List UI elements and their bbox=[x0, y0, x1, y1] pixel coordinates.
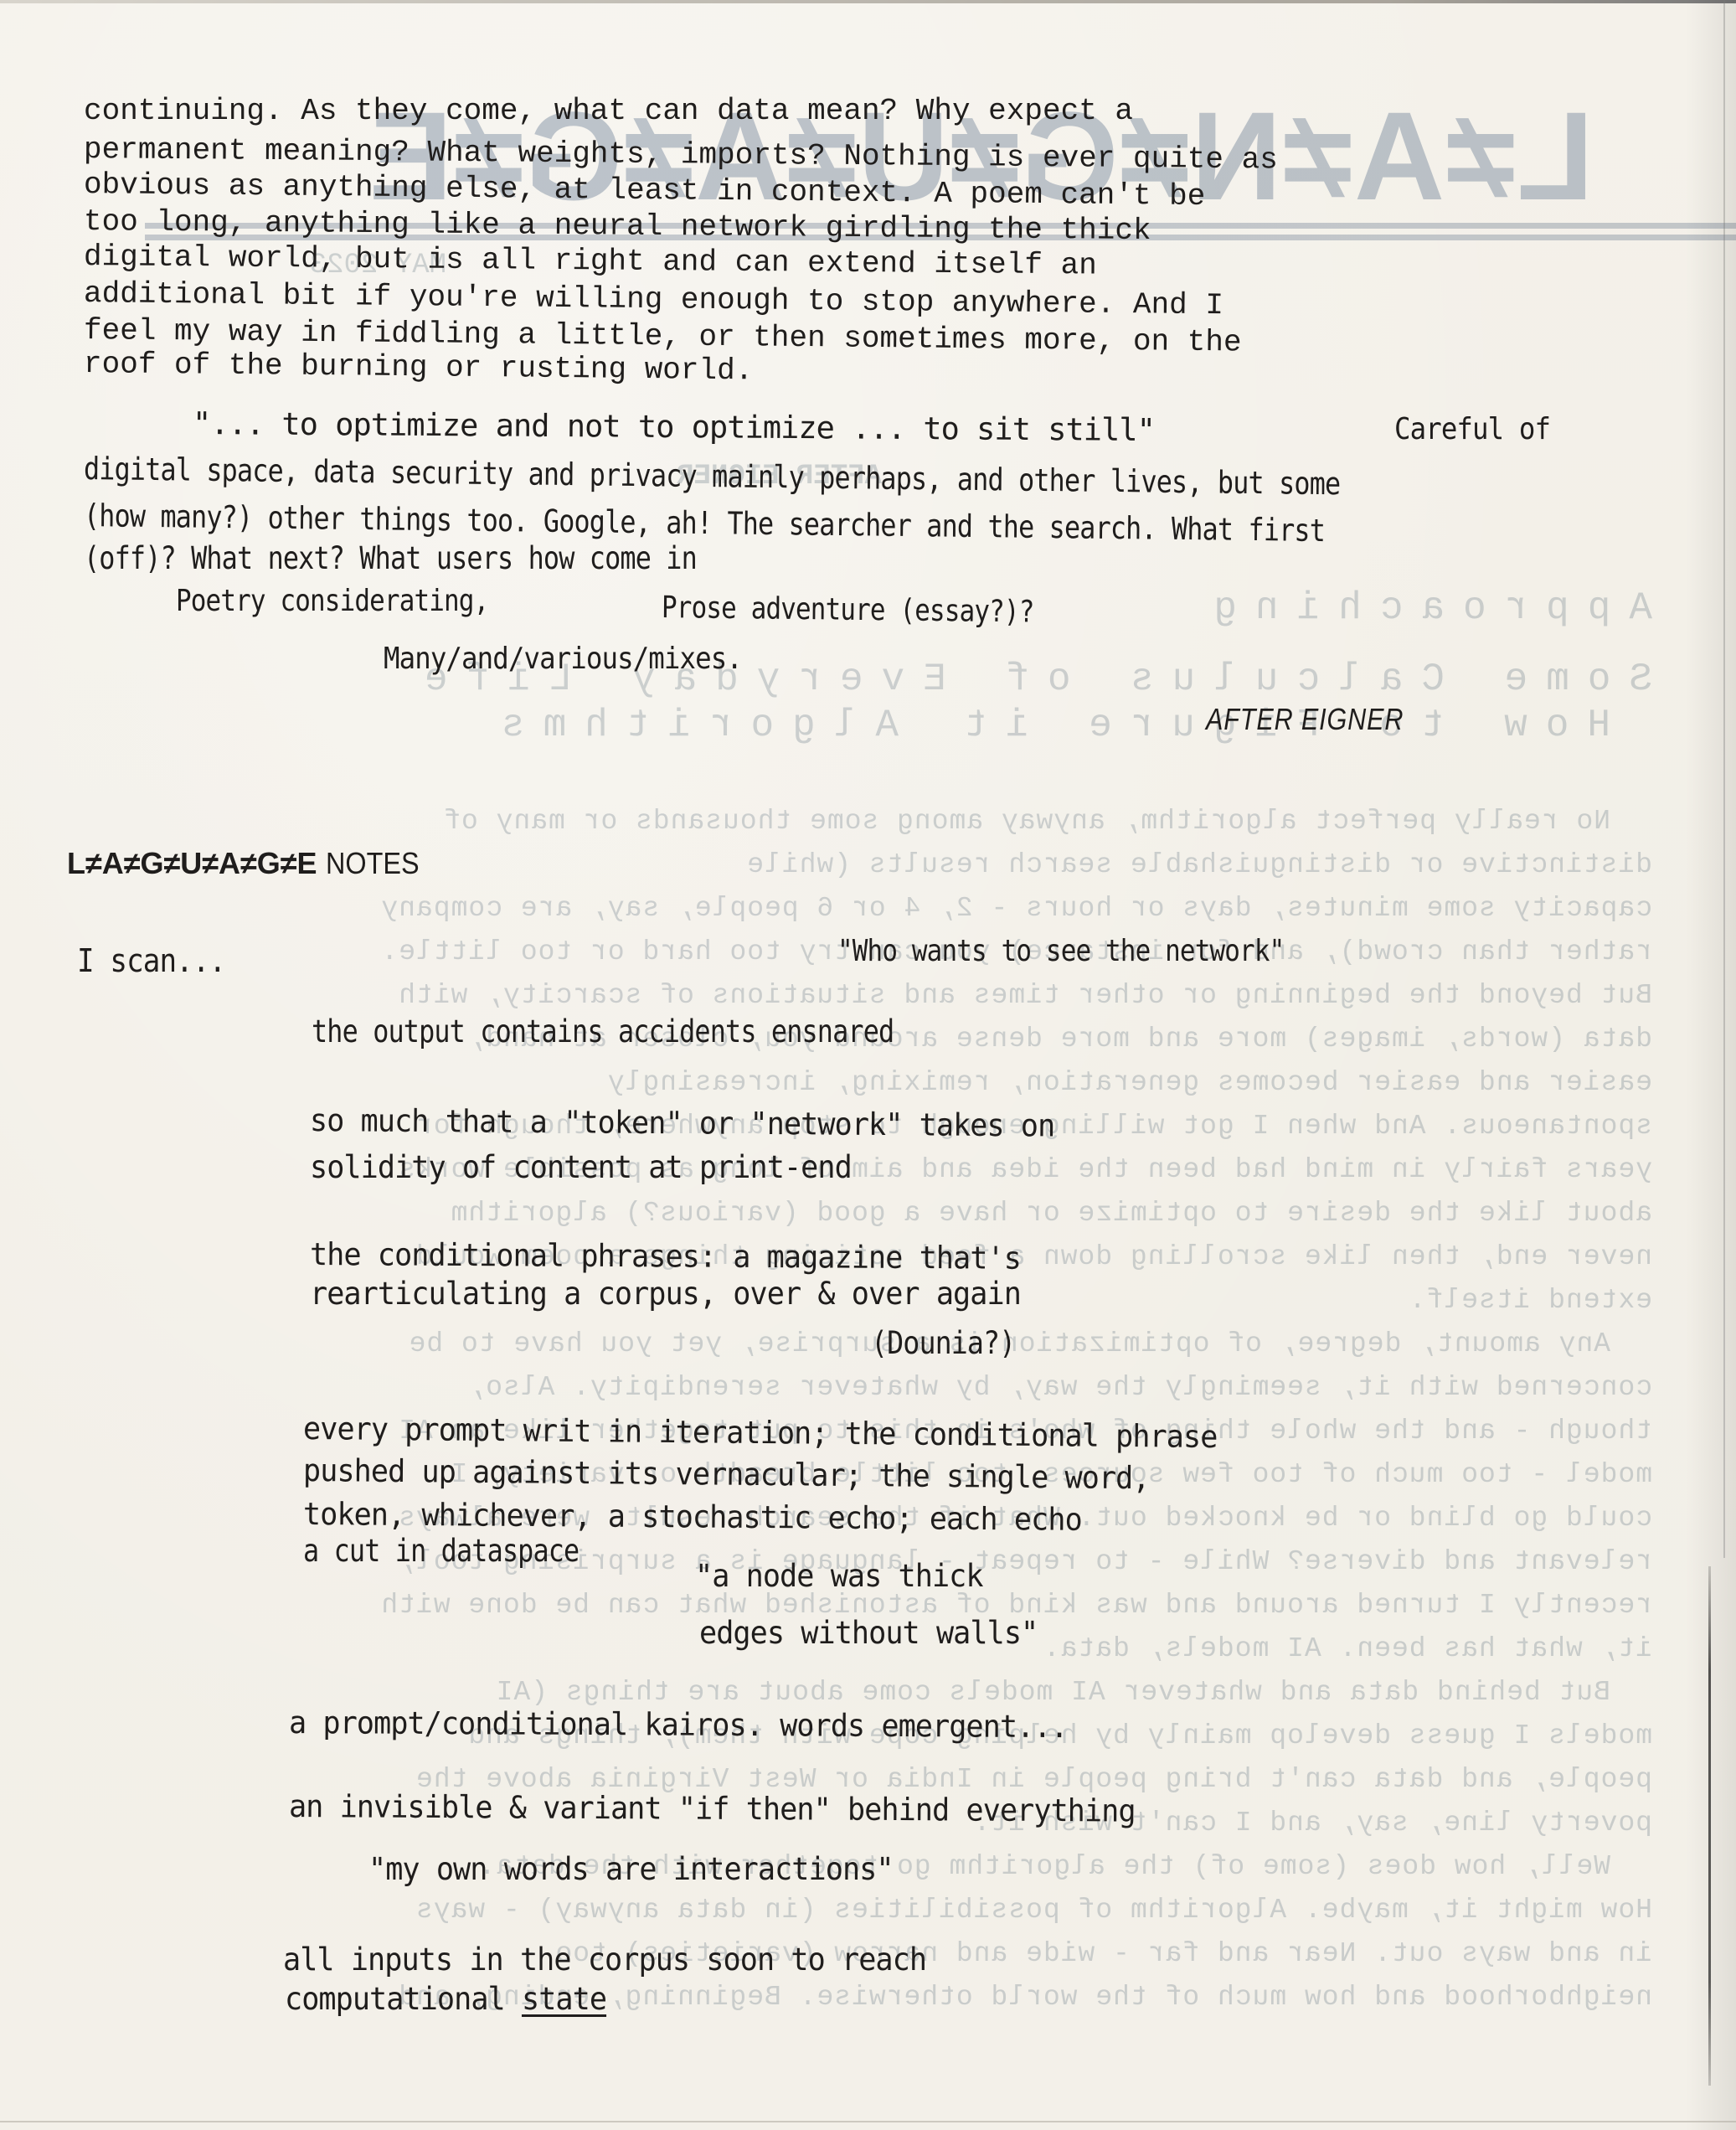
page-fold-line bbox=[1723, 0, 1725, 1558]
binding-shadow bbox=[1686, 0, 1736, 2130]
notes-line: solidity of content at print-end bbox=[310, 1149, 852, 1185]
final-line-underlined-word: state bbox=[522, 1981, 606, 2017]
notes-line: (Dounia?) bbox=[871, 1325, 1015, 1361]
prose-line: continuing. As they come, what can data … bbox=[84, 94, 1133, 128]
notes-line: the output contains accidents ensnared bbox=[312, 1013, 894, 1050]
page-edge-line bbox=[1708, 1566, 1711, 2086]
notes-line: a cut in dataspace bbox=[303, 1533, 579, 1569]
notes-i-scan: I scan... bbox=[77, 942, 225, 979]
page-bottom-edge bbox=[0, 2121, 1736, 2122]
notes-quote: "a node was thick bbox=[695, 1558, 983, 1594]
notes-line: so much that a "token" or "network" take… bbox=[310, 1102, 1055, 1144]
notes-title-language: L≠A≠G≠U≠A≠G≠E bbox=[67, 846, 317, 880]
notes-quote: "my own words are interactions" bbox=[368, 1851, 894, 1887]
notes-line-final: computational state bbox=[285, 1981, 606, 2017]
page-top-edge bbox=[0, 0, 1736, 3]
signature-after-eigner: AFTER EIGNER bbox=[1206, 702, 1404, 737]
prose-line: Careful of bbox=[1394, 412, 1550, 446]
notes-epigraph: "Who wants to see the network" bbox=[837, 934, 1284, 968]
notes-title-suffix: NOTES bbox=[326, 846, 420, 881]
forms-mixes: Many/and/various/mixes. bbox=[384, 642, 742, 676]
notes-line: a prompt/conditional kairos. words emerg… bbox=[289, 1705, 1068, 1745]
notes-line: all inputs in the corpus soon to reach bbox=[283, 1942, 926, 1978]
forms-poetry: Poetry considerating, bbox=[176, 584, 488, 618]
forms-prose: Prose adventure (essay?)? bbox=[662, 591, 1034, 629]
notes-line: rearticulating a corpus, over & over aga… bbox=[310, 1276, 1021, 1312]
notes-title: L≠A≠G≠U≠A≠G≠E NOTES bbox=[67, 846, 430, 881]
prose-line: (off)? What next? What users how come in bbox=[84, 540, 697, 576]
notes-line: an invisible & variant "if then" behind … bbox=[289, 1788, 1136, 1829]
notes-line: token, whichever, a stochastic echo; eac… bbox=[303, 1496, 1082, 1538]
prose-line: roof of the burning or rusting world. bbox=[84, 347, 754, 388]
notes-line: the conditional phrases: a magazine that… bbox=[310, 1236, 1021, 1276]
prose-quote: "... to optimize and not to optimize ...… bbox=[193, 405, 1155, 448]
notes-quote: edges without walls" bbox=[699, 1615, 1038, 1651]
final-line-prefix: computational bbox=[285, 1981, 505, 2017]
